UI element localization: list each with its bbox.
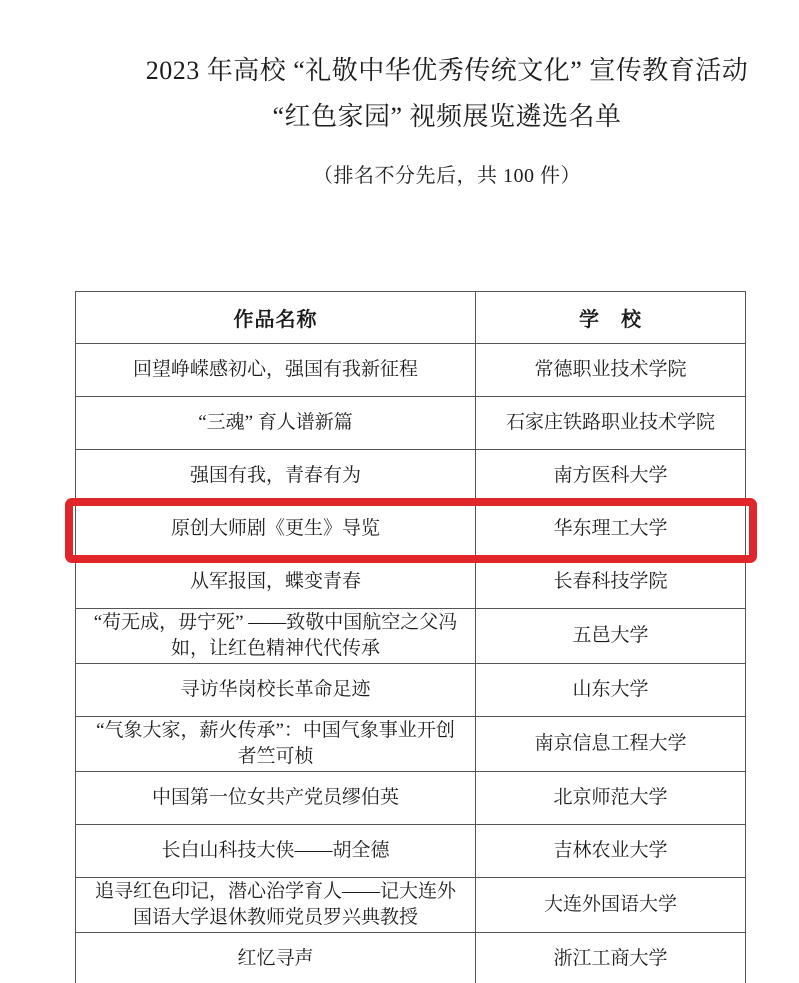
work-title-cell: 追寻红色印记，潜心治学育人——记大连外国语大学退休教师党员罗兴典教授 [76, 878, 476, 933]
table-row: 寻访华岗校长革命足迹山东大学 [76, 664, 746, 717]
column-header-school: 学 校 [476, 292, 746, 344]
table-row: 强国有我，青春有为南方医科大学 [76, 450, 746, 503]
school-cell: 华东理工大学 [476, 503, 746, 556]
title-line-2: “红色家园” 视频展览遴选名单 [95, 94, 799, 140]
work-title-cell: 回望峥嵘感初心，强国有我新征程 [76, 344, 476, 397]
table-row: 中国第一位女共产党员缪伯英北京师范大学 [76, 772, 746, 825]
school-cell: 南京信息工程大学 [476, 717, 746, 772]
work-title-cell: “气象大家，薪火传承”：中国气象事业开创者竺可桢 [76, 717, 476, 772]
title-line-1: 2023 年高校 “礼敬中华优秀传统文化” 宣传教育活动 [95, 48, 799, 94]
table-row: 从军报国，蝶变青春长春科技学院 [76, 556, 746, 609]
work-title-cell: 红忆寻声 [76, 933, 476, 983]
school-cell: 常德职业技术学院 [476, 344, 746, 397]
subtitle: （排名不分先后，共 100 件） [95, 162, 799, 190]
school-cell: 北京师范大学 [476, 772, 746, 825]
work-title-cell: 长白山科技大侠——胡全德 [76, 825, 476, 878]
school-cell: 石家庄铁路职业技术学院 [476, 397, 746, 450]
work-title-cell: 原创大师剧《更生》导览 [76, 503, 476, 556]
table-row: “苟无成，毋宁死” ——致敬中国航空之父冯如，让红色精神代代传承五邑大学 [76, 609, 746, 664]
selection-list-table: 作品名称 学 校 回望峥嵘感初心，强国有我新征程常德职业技术学院“三魂” 育人谱… [75, 291, 746, 983]
table-row: “气象大家，薪火传承”：中国气象事业开创者竺可桢南京信息工程大学 [76, 717, 746, 772]
table-row: 长白山科技大侠——胡全德吉林农业大学 [76, 825, 746, 878]
document-page: 2023 年高校 “礼敬中华优秀传统文化” 宣传教育活动 “红色家园” 视频展览… [0, 48, 799, 983]
work-title-cell: “苟无成，毋宁死” ——致敬中国航空之父冯如，让红色精神代代传承 [76, 609, 476, 664]
table-row: “三魂” 育人谱新篇石家庄铁路职业技术学院 [76, 397, 746, 450]
school-cell: 浙江工商大学 [476, 933, 746, 983]
work-title-cell: 寻访华岗校长革命足迹 [76, 664, 476, 717]
table-row: 追寻红色印记，潜心治学育人——记大连外国语大学退休教师党员罗兴典教授大连外国语大… [76, 878, 746, 933]
work-title-cell: “三魂” 育人谱新篇 [76, 397, 476, 450]
table-row: 原创大师剧《更生》导览华东理工大学 [76, 503, 746, 556]
work-title-cell: 中国第一位女共产党员缪伯英 [76, 772, 476, 825]
column-header-work: 作品名称 [76, 292, 476, 344]
work-title-cell: 强国有我，青春有为 [76, 450, 476, 503]
document-header: 2023 年高校 “礼敬中华优秀传统文化” 宣传教育活动 “红色家园” 视频展览… [95, 48, 799, 190]
work-title-cell: 从军报国，蝶变青春 [76, 556, 476, 609]
school-cell: 五邑大学 [476, 609, 746, 664]
table-header-row: 作品名称 学 校 [76, 292, 746, 344]
school-cell: 大连外国语大学 [476, 878, 746, 933]
school-cell: 山东大学 [476, 664, 746, 717]
school-cell: 南方医科大学 [476, 450, 746, 503]
table-row: 红忆寻声浙江工商大学 [76, 933, 746, 983]
school-cell: 吉林农业大学 [476, 825, 746, 878]
school-cell: 长春科技学院 [476, 556, 746, 609]
table-row: 回望峥嵘感初心，强国有我新征程常德职业技术学院 [76, 344, 746, 397]
